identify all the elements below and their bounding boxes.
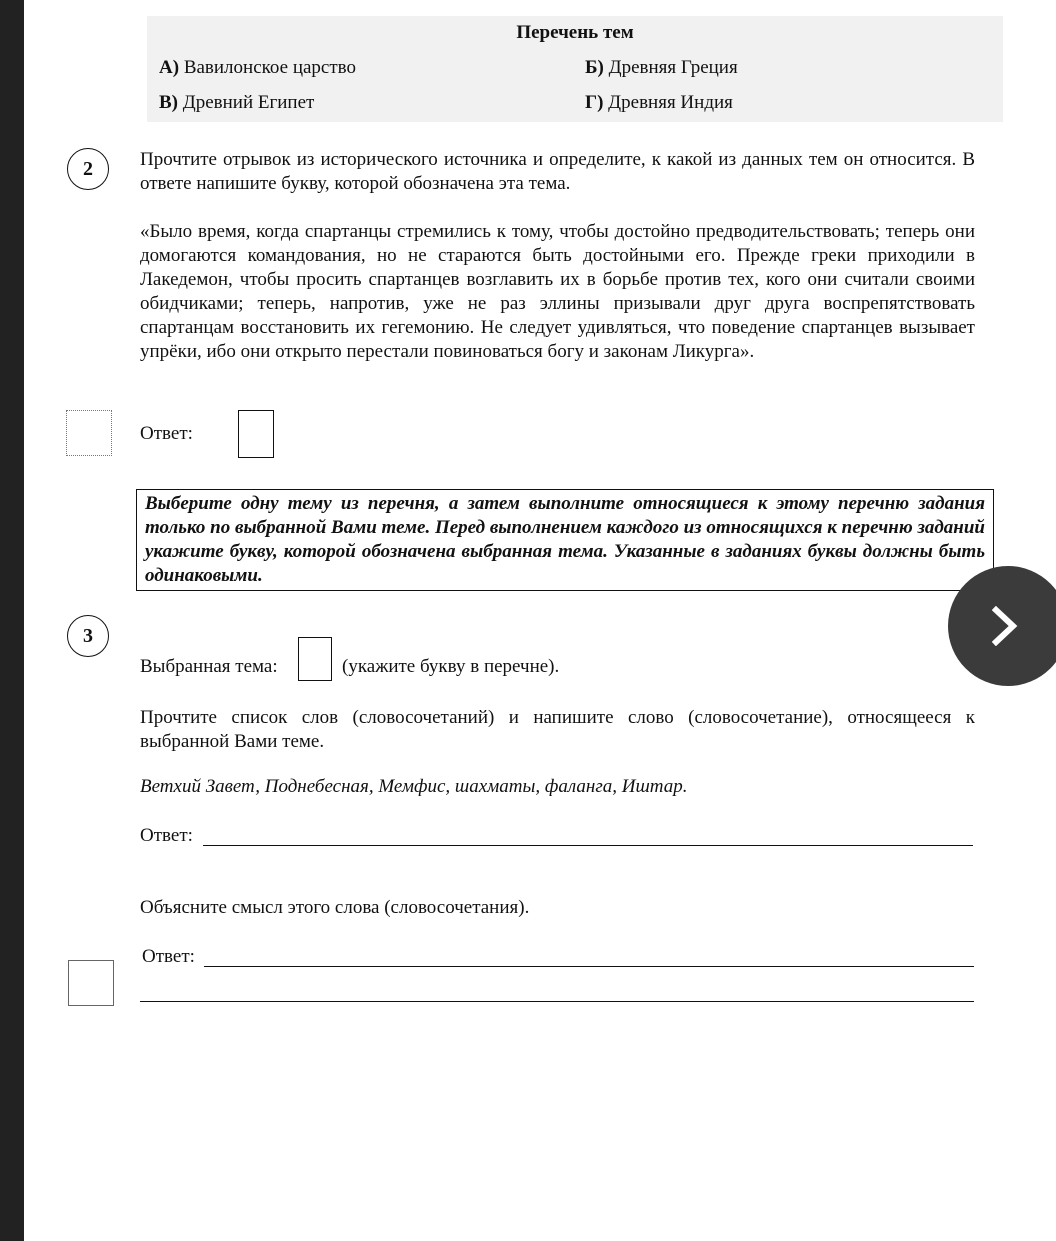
task2-source-text: «Было время, когда спартанцы стремились … xyxy=(140,220,975,364)
task2-answer-cell[interactable] xyxy=(238,410,274,458)
chosen-topic-hint: (укажите букву в перечне). xyxy=(342,656,559,678)
next-page-button[interactable] xyxy=(948,566,1056,686)
instruction-box: Выберите одну тему из перечня, а затем в… xyxy=(136,489,994,591)
chosen-topic-label: Выбранная тема: xyxy=(140,656,278,678)
chevron-right-icon xyxy=(992,606,1018,646)
score-box-task3 xyxy=(68,960,114,1006)
topics-list: Перечень тем А) Вавилонское царство Б) Д… xyxy=(147,16,1003,122)
task2-answer-label: Ответ: xyxy=(140,423,193,445)
task3-word-list: Ветхий Завет, Поднебесная, Мемфис, шахма… xyxy=(140,776,688,798)
task3-answer2-line-2[interactable] xyxy=(140,1001,974,1002)
topic-item-a: А) Вавилонское царство xyxy=(159,57,356,79)
chosen-topic-cell[interactable] xyxy=(298,637,332,681)
score-box-task2 xyxy=(66,410,112,456)
task3-prompt: Прочтите список слов (словосочетаний) и … xyxy=(140,706,975,754)
task3-answer2-label: Ответ: xyxy=(142,946,195,968)
task2-prompt: Прочтите отрывок из исторического источн… xyxy=(140,148,975,196)
topic-item-b: Б) Древняя Греция xyxy=(585,57,738,79)
left-dark-strip xyxy=(0,0,24,1241)
topic-item-v: В) Древний Египет xyxy=(159,92,314,114)
task-number-3: 3 xyxy=(67,615,109,657)
task3-answer1-label: Ответ: xyxy=(140,825,193,847)
task3-answer1-line[interactable] xyxy=(203,845,973,846)
task-number-2: 2 xyxy=(67,148,109,190)
task3-explain-prompt: Объясните смысл этого слова (словосочета… xyxy=(140,897,529,919)
topics-title: Перечень тем xyxy=(147,22,1003,44)
task3-answer2-line-1[interactable] xyxy=(204,966,974,967)
topic-item-g: Г) Древняя Индия xyxy=(585,92,733,114)
